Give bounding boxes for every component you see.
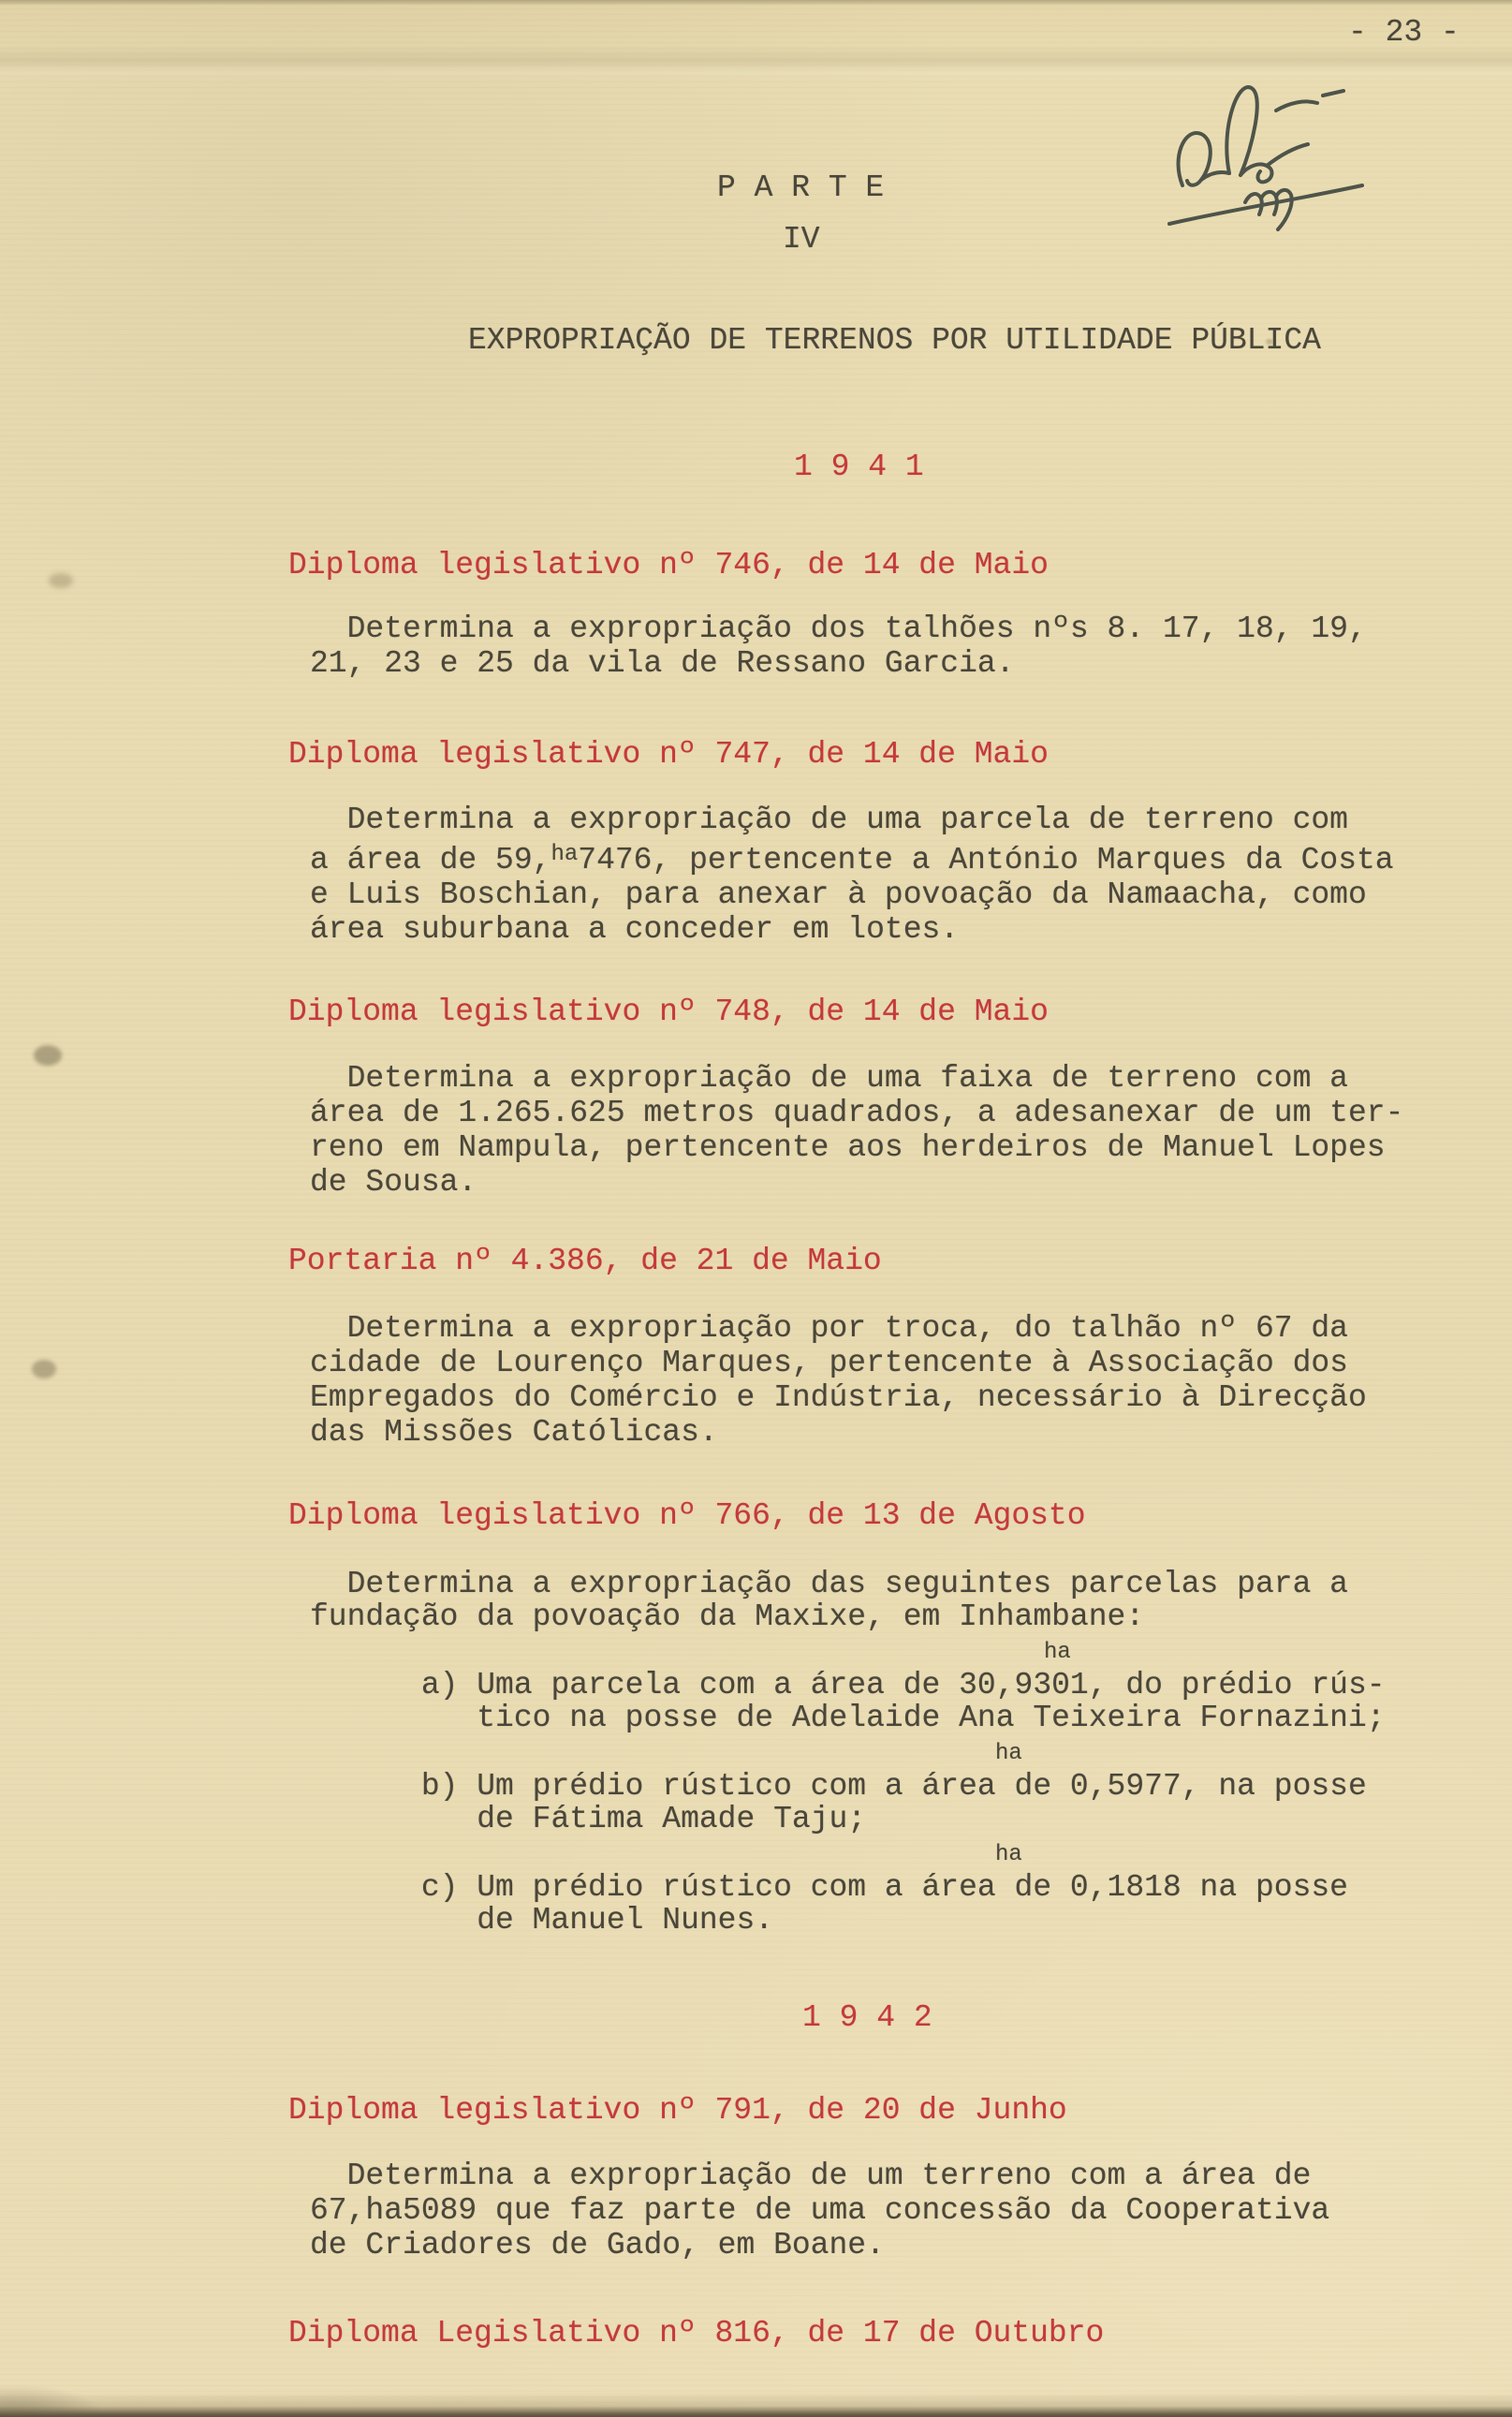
- entry-766-item-b: b) Um prédio rústico com a área de 0,597…: [310, 1769, 1367, 1836]
- paper-blemish: [32, 1360, 56, 1378]
- entry-766-hectare-superscript-b: ha: [995, 1741, 1022, 1766]
- entry-766-hectare-superscript-c: ha: [995, 1842, 1022, 1867]
- entry-portaria-4386-body: Determina a expropriação por troca, do t…: [310, 1311, 1367, 1450]
- entry-766-body: Determina a expropriação das seguintes p…: [310, 1568, 1386, 1937]
- part-numeral: IV: [783, 222, 820, 257]
- entry-746-body: Determina a expropriação dos talhões nºs…: [310, 612, 1367, 681]
- entry-747-heading: Diploma legislativo nº 747, de 14 de Mai…: [288, 737, 1049, 772]
- page-top-edge: [0, 0, 1512, 6]
- entry-746-heading: Diploma legislativo nº 746, de 14 de Mai…: [288, 548, 1049, 582]
- entry-747-hectare-superscript: ha: [550, 842, 578, 867]
- entry-766-item-a: a) Uma parcela com a área de 30,9301, do…: [310, 1668, 1386, 1735]
- document-title: EXPROPRIAÇÃO DE TERRENOS POR UTILIDADE P…: [468, 323, 1321, 358]
- entry-747-body: Determina a expropriação de uma parcela …: [310, 803, 1394, 947]
- year-heading-1941: 1 9 4 1: [794, 450, 924, 484]
- entry-766-item-c: c) Um prédio rústico com a área de 0,181…: [310, 1870, 1348, 1938]
- entry-791-body: Determina a expropriação de um terreno c…: [310, 2159, 1329, 2262]
- entry-766-intro: Determina a expropriação das seguintes p…: [310, 1567, 1348, 1634]
- scanned-document-page: - 23 - P A R T E IV EXPROPRIAÇÃO DE TERR…: [0, 0, 1512, 2417]
- handwritten-signature: [1156, 62, 1372, 240]
- paper-smudge: [49, 573, 73, 588]
- paper-blemish: [34, 1045, 62, 1066]
- entry-791-heading: Diploma legislativo nº 791, de 20 de Jun…: [288, 2093, 1067, 2128]
- paper-speck: [1266, 339, 1273, 345]
- entry-766-hectare-superscript-a: ha: [1044, 1640, 1071, 1665]
- entry-766-heading: Diploma legislativo nº 766, de 13 de Ago…: [288, 1498, 1086, 1533]
- entry-748-heading: Diploma legislativo nº 748, de 14 de Mai…: [288, 995, 1049, 1029]
- year-heading-1942: 1 9 4 2: [802, 2000, 932, 2035]
- entry-748-body: Determina a expropriação de uma faixa de…: [310, 1061, 1403, 1200]
- entry-portaria-4386-heading: Portaria nº 4.386, de 21 de Maio: [288, 1244, 882, 1278]
- entry-816-heading: Diploma Legislativo nº 816, de 17 de Out…: [288, 2316, 1104, 2351]
- page-number: - 23 -: [1348, 15, 1460, 50]
- page-bottom-edge: [0, 2393, 1512, 2417]
- part-label: P A R T E: [717, 170, 884, 205]
